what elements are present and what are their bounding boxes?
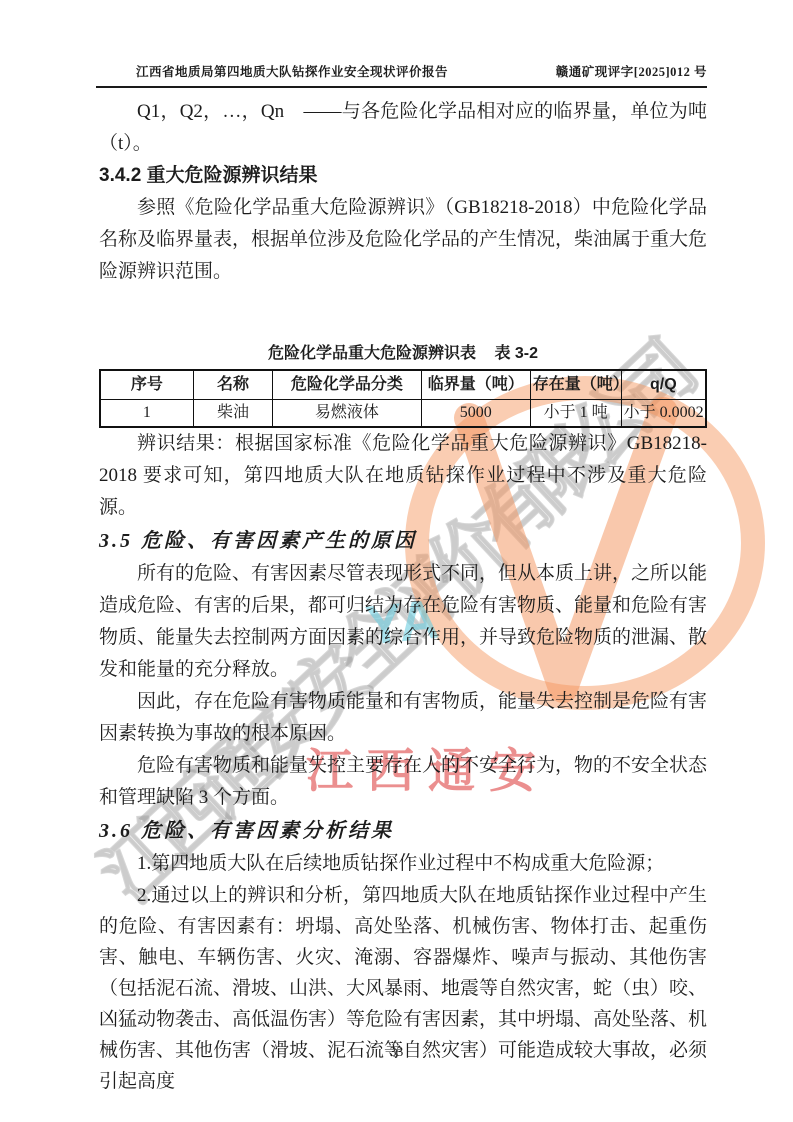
paragraph-3-4-2: 参照《危险化学品重大危险源辨识》（GB18218-2018）中危险化学品名称及临…	[99, 192, 707, 288]
paragraph-3-5-2: 因此，存在危险有害物质能量和有害物质，能量失去控制是危险有害因素转换为事故的根本…	[99, 686, 707, 750]
table-row: 1 柴油 易燃液体 5000 小于 1 吨 小于 0.0002	[100, 400, 706, 428]
heading-3-4-2: 3.4.2 重大危险源辨识结果	[99, 160, 707, 192]
cell-threshold: 5000	[421, 400, 530, 428]
page-footer: 33	[0, 1044, 793, 1060]
document-page: 江西通安安全评价有限公司 YA 江西通安 江西省地质局第四地质大队钻探作业安全现…	[0, 0, 793, 1122]
col-header-name: 名称	[193, 370, 272, 400]
heading-3-5: 3.5 危险、有害因素产生的原因	[99, 524, 707, 558]
page-body: Q1，Q2，…，Qn ——与各危险化学品相对应的临界量，单位为吨（t）。 3.4…	[99, 96, 707, 1097]
col-header-ratio: q/Q	[621, 370, 706, 400]
table-number-tag: 表 3-2	[494, 345, 538, 362]
col-header-index: 序号	[100, 370, 193, 400]
paragraph-identification-result: 辨识结果：根据国家标准《危险化学品重大危险源辨识》GB18218-2018 要求…	[99, 428, 707, 524]
paragraph-3-6-item-1: 1.第四地质大队在后续地质钻探作业过程中不构成重大危险源；	[99, 848, 707, 880]
paragraph-3-6-item-2: 2.通过以上的辨识和分析，第四地质大队在地质钻探作业过程中产生的危险、有害因素有…	[99, 880, 707, 1097]
cell-category: 易燃液体	[273, 400, 421, 428]
paragraph-q-definition: Q1，Q2，…，Qn ——与各危险化学品相对应的临界量，单位为吨（t）。	[99, 96, 707, 160]
header-document-number: 赣通矿现评字[2025]012 号	[556, 62, 707, 80]
paragraph-3-5-1: 所有的危险、有害因素尽管表现形式不同，但从本质上讲，之所以能造成危险、有害的后果…	[99, 558, 707, 686]
table-title: 危险化学品重大危险源辨识表 表 3-2	[99, 342, 707, 366]
cell-ratio: 小于 0.0002	[621, 400, 706, 428]
cell-amount: 小于 1 吨	[530, 400, 621, 428]
page-number: 33	[390, 1044, 404, 1059]
table-title-text: 危险化学品重大危险源辨识表	[268, 345, 476, 362]
heading-3-6: 3.6 危险、有害因素分析结果	[99, 814, 707, 848]
col-header-amount: 存在量（吨）	[530, 370, 621, 400]
cell-name: 柴油	[193, 400, 272, 428]
table-header-row: 序号 名称 危险化学品分类 临界量（吨） 存在量（吨） q/Q	[100, 370, 706, 400]
header-report-title: 江西省地质局第四地质大队钻探作业安全现状评价报告	[136, 62, 448, 80]
col-header-threshold: 临界量（吨）	[421, 370, 530, 400]
page-header: 江西省地质局第四地质大队钻探作业安全现状评价报告 赣通矿现评字[2025]012…	[96, 62, 707, 88]
paragraph-3-5-3: 危险有害物质和能量失控主要存在人的不安全行为，物的不安全状态和管理缺陷 3 个方…	[99, 750, 707, 814]
hazard-identification-table: 序号 名称 危险化学品分类 临界量（吨） 存在量（吨） q/Q 1 柴油 易燃液…	[99, 369, 707, 428]
col-header-category: 危险化学品分类	[273, 370, 421, 400]
cell-index: 1	[100, 400, 193, 428]
